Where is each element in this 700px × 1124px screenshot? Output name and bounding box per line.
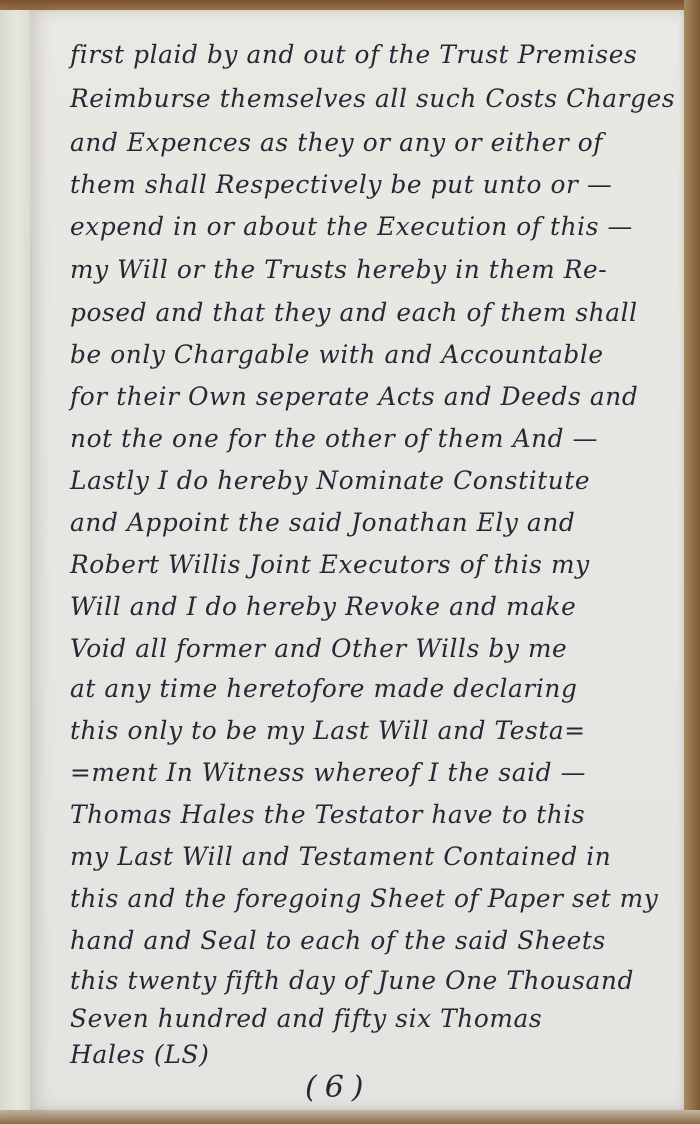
wood-edge-right xyxy=(684,0,700,1124)
text-line: my Last Will and Testament Contained in xyxy=(70,842,685,872)
text-line: this only to be my Last Will and Testa= xyxy=(70,716,685,746)
text-line: Seven hundred and fifty six Thomas xyxy=(70,1004,685,1034)
text-line: at any time heretofore made declaring xyxy=(70,674,685,704)
text-line: not the one for the other of them And — xyxy=(70,424,685,454)
text-line: first plaid by and out of the Trust Prem… xyxy=(70,40,685,70)
text-line: Reimburse themselves all such Costs Char… xyxy=(70,84,685,114)
wood-edge-top xyxy=(0,0,700,10)
wood-edge-bottom xyxy=(0,1110,700,1124)
text-line: Void all former and Other Wills by me xyxy=(70,634,685,664)
text-line: this twenty fifth day of June One Thousa… xyxy=(70,966,685,996)
text-line: and Expences as they or any or either of xyxy=(70,128,685,158)
text-line: for their Own seperate Acts and Deeds an… xyxy=(70,382,685,412)
text-line: them shall Respectively be put unto or — xyxy=(70,170,685,200)
text-line: this and the foregoing Sheet of Paper se… xyxy=(70,884,685,914)
text-line: posed and that they and each of them sha… xyxy=(70,298,685,328)
text-line: be only Chargable with and Accountable xyxy=(70,340,685,370)
manuscript-page: first plaid by and out of the Trust Prem… xyxy=(30,10,684,1110)
text-line: expend in or about the Execution of this… xyxy=(70,212,685,242)
text-line: hand and Seal to each of the said Sheets xyxy=(70,926,685,956)
text-line: Thomas Hales the Testator have to this xyxy=(70,800,685,830)
text-line: Robert Willis Joint Executors of this my xyxy=(70,550,685,580)
text-line: Lastly I do hereby Nominate Constitute xyxy=(70,466,685,496)
signature-line: Hales (LS) xyxy=(70,1040,690,1070)
document-photo: first plaid by and out of the Trust Prem… xyxy=(0,0,700,1124)
text-line: and Appoint the said Jonathan Ely and xyxy=(70,508,685,538)
page-number: (6) xyxy=(305,1070,372,1105)
text-line: my Will or the Trusts hereby in them Re- xyxy=(70,255,685,285)
text-line: Will and I do hereby Revoke and make xyxy=(70,592,685,622)
text-line: =ment In Witness whereof I the said — xyxy=(70,758,685,788)
